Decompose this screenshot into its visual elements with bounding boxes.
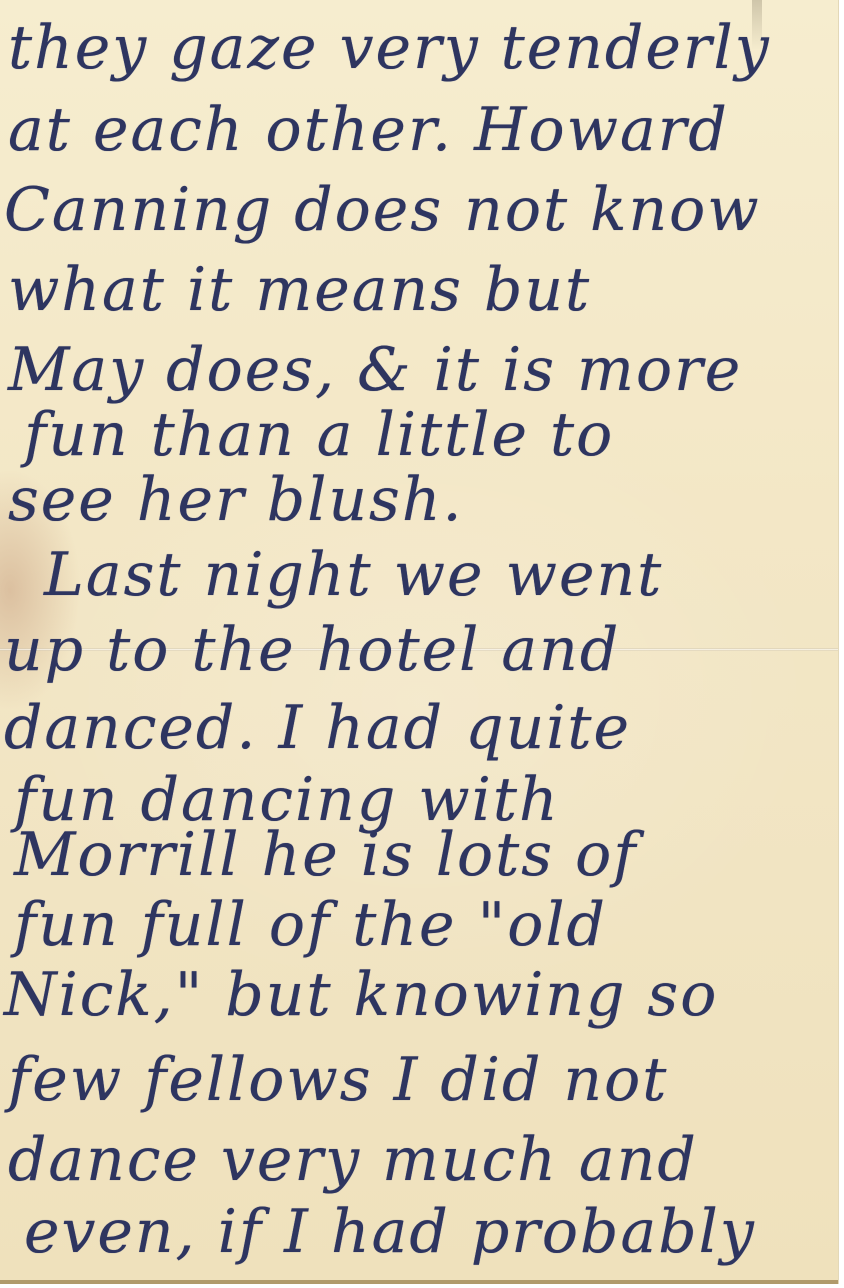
handwritten-line: Morrill he is lots of [14,815,637,895]
handwritten-line: Nick," but knowing so [4,955,718,1035]
handwritten-line: dance very much and [8,1120,698,1200]
handwritten-line: they gaze very tenderly [8,8,771,88]
handwritten-line: up to the hotel and [4,610,620,690]
handwritten-line: what it means but [8,250,591,330]
handwritten-line: see her blush. [8,460,464,540]
handwritten-line: few fellows I did not [8,1040,668,1120]
handwritten-line: Last night we went [44,535,663,615]
handwritten-line: even, if I had probably [24,1192,756,1272]
handwritten-line: danced. I had quite [4,688,631,768]
handwritten-line: fun full of the "old [14,885,607,965]
handwritten-line: at each other. Howard [8,90,729,170]
letter-page: they gaze very tenderlyat each other. Ho… [0,0,839,1284]
handwritten-line: Canning does not know [4,170,761,250]
